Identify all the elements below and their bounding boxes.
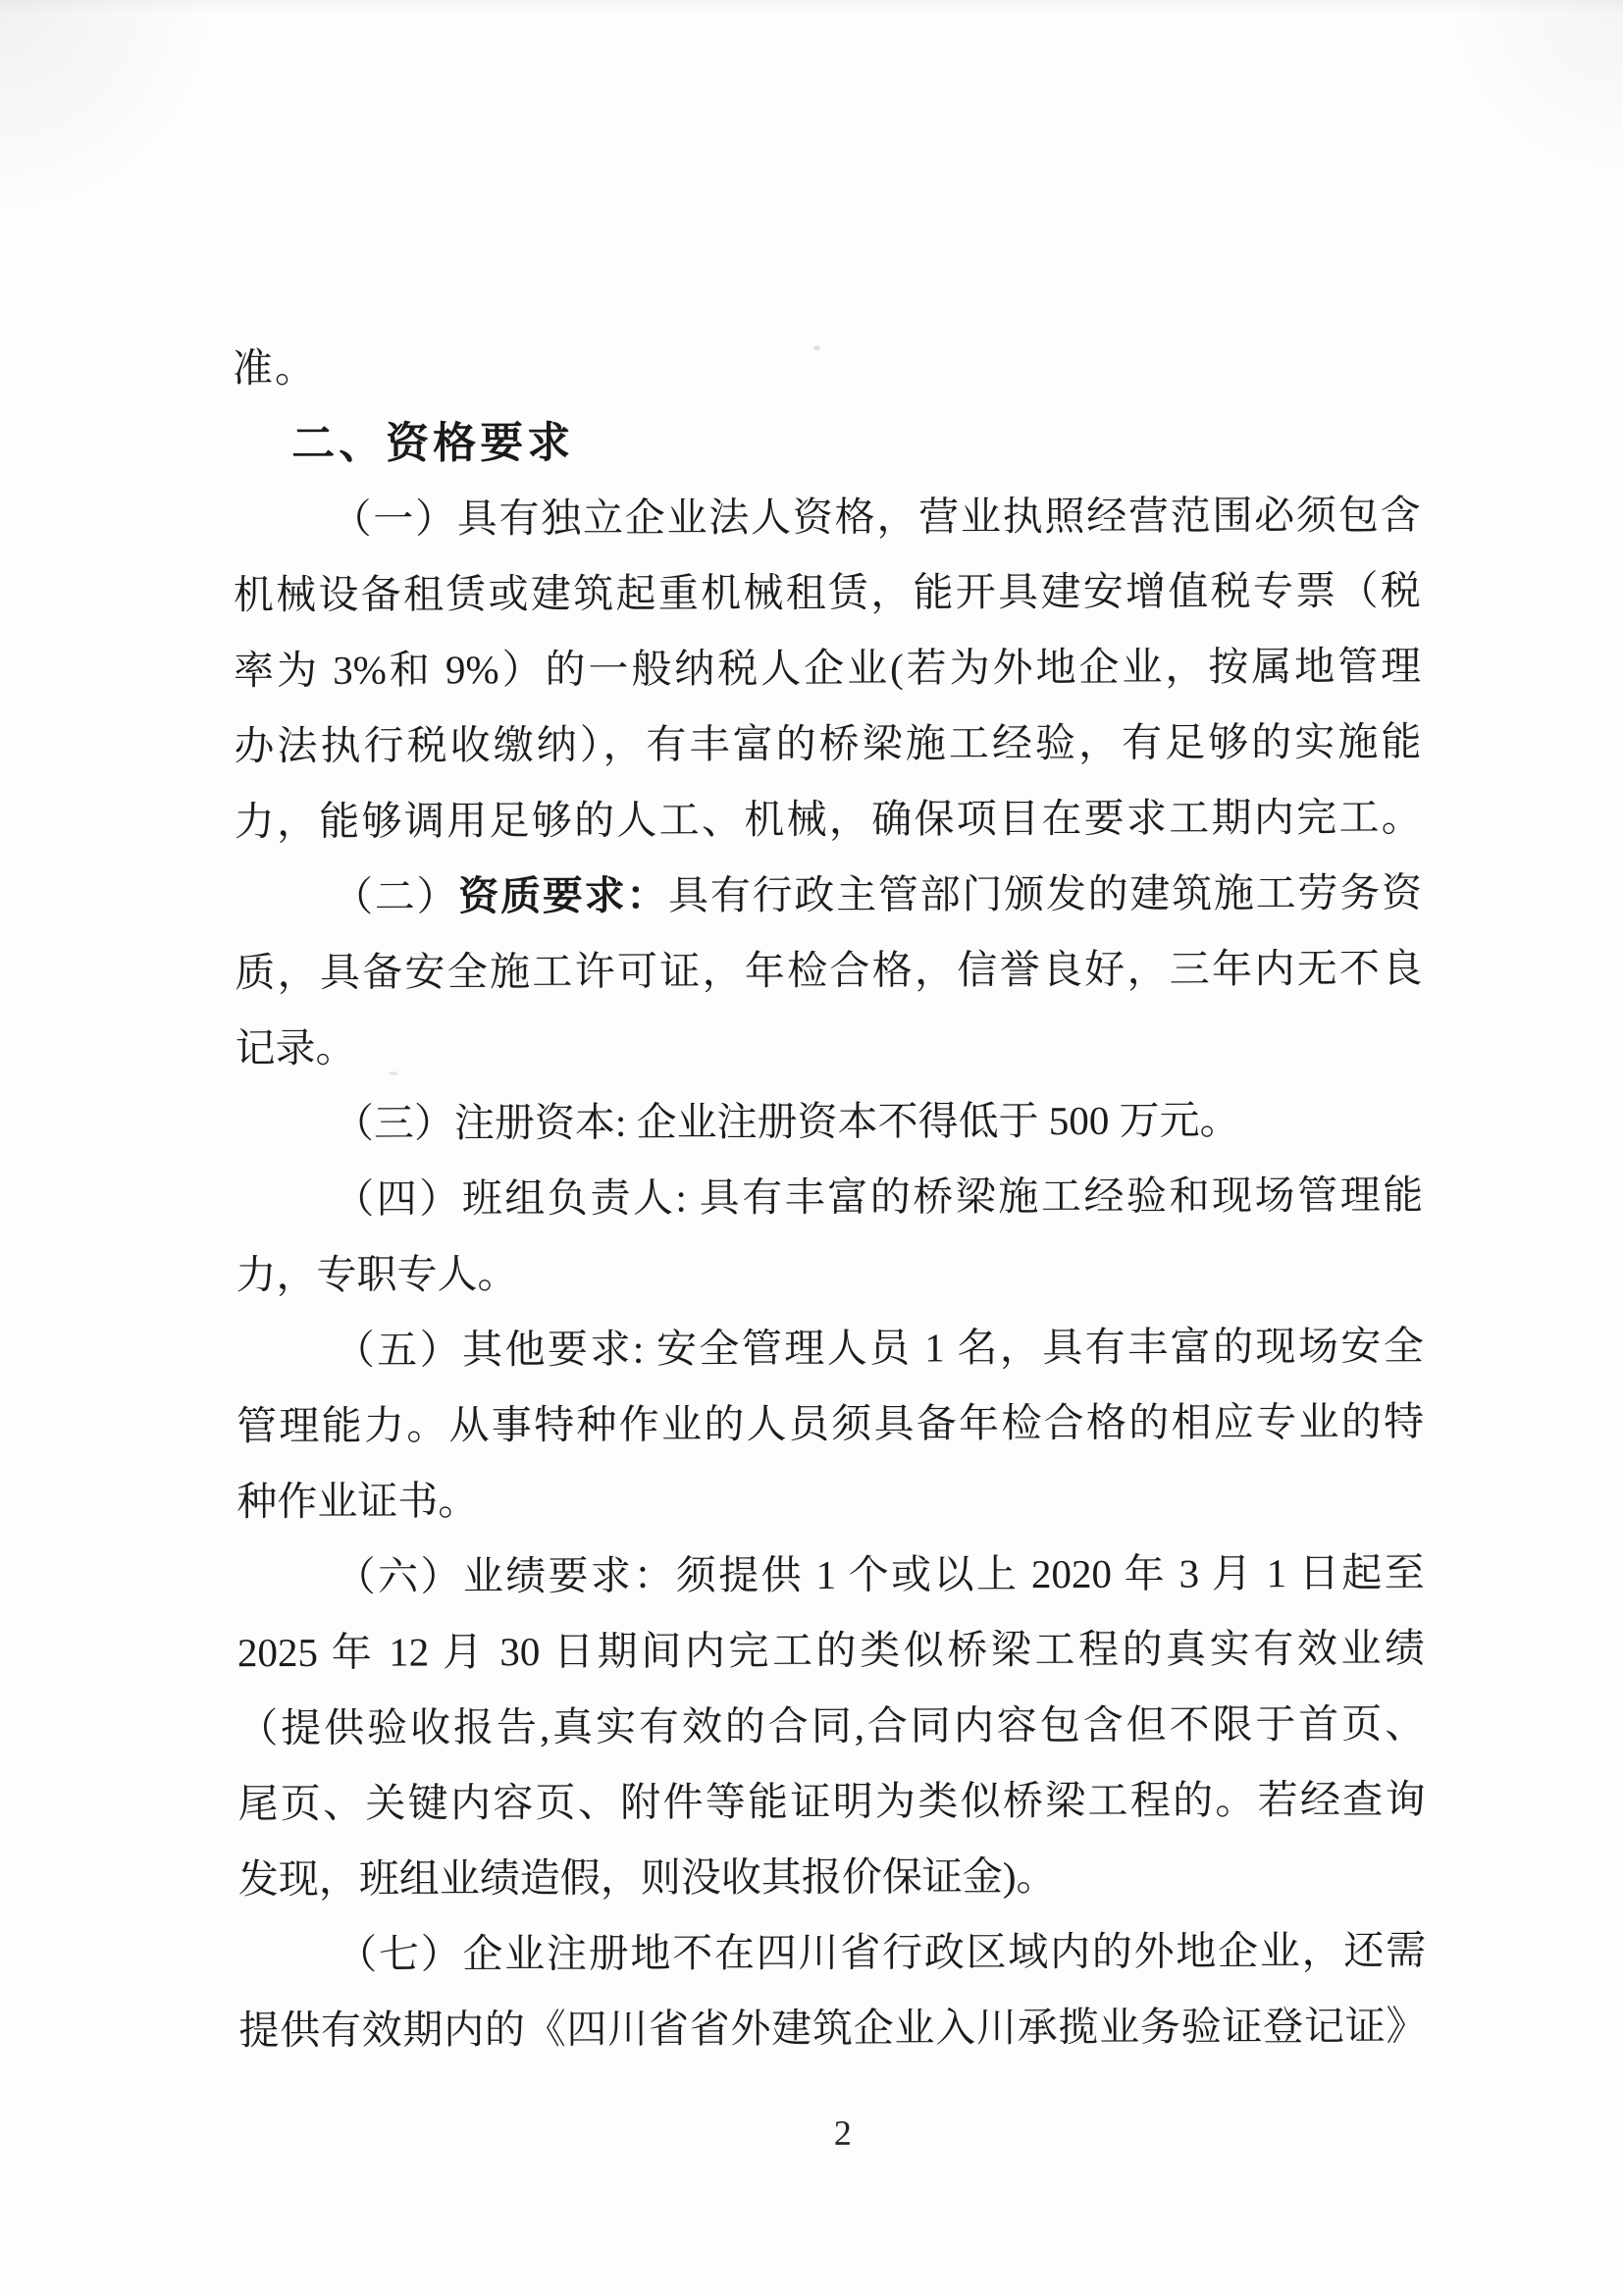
section-heading: 二、资格要求 [233,402,1420,483]
document-body: 准。 二、资格要求 （一）具有独立企业法人资格，营业执照经营范围必须包含 机械设… [233,327,1427,2069]
clause-4-line-2: 力，专职专人。 [236,1233,1423,1314]
clause-6-line-1: （六）业绩要求：须提供 1 个或以上 2020 年 3 月 1 日起至 [237,1536,1425,1616]
clause-2-number: （二） [333,873,458,918]
scanned-document-page: 准。 二、资格要求 （一）具有独立企业法人资格，营业执照经营范围必须包含 机械设… [0,0,1623,2296]
clause-2-text: 具有行政主管部门颁发的建筑施工劳务资 [668,870,1422,918]
clause-5-line-2: 管理能力。从事特种作业的人员须具备年检合格的相应专业的特 [236,1384,1424,1465]
clause-7-line-2: 提供有效期内的《四川省省外建筑企业入川承揽业务验证登记证》 [238,1989,1426,2069]
clause-5-line-3: 种作业证书。 [236,1460,1424,1540]
clause-2-line-3: 记录。 [235,1007,1422,1087]
carryover-sentence-fragment: 准。 [233,327,1420,407]
clause-1-line-1: （一）具有独立企业法人资格，营业执照经营范围必须包含 [233,478,1420,558]
clause-2-label-bold: 资质要求： [458,873,668,919]
clause-1-line-5: 力，能够调用足够的人工、机械，确保项目在要求工期内完工。 [235,780,1422,861]
clause-1-line-4: 办法执行税收缴纳），有丰富的桥梁施工经验，有足够的实施能 [234,704,1421,785]
clause-4-line-1: （四）班组负责人: 具有丰富的桥梁施工经验和现场管理能 [236,1158,1423,1238]
clause-2-line-1: （二）资质要求：具有行政主管部门颁发的建筑施工劳务资 [235,856,1422,936]
clause-1-line-2: 机械设备租赁或建筑起重机械租赁，能开具建安增值税专票（税 [234,553,1421,634]
clause-7-line-1: （七）企业注册地不在四川省行政区域内的外地企业，还需 [238,1913,1426,1994]
clause-6-line-5: 发现，班组业绩造假，则没收其报价保证金)。 [238,1838,1426,1918]
clause-3-line-1: （三）注册资本: 企业注册资本不得低于 500 万元。 [236,1082,1423,1163]
clause-6-line-4: 尾页、关键内容页、附件等能证明为类似桥梁工程的。若经查询 [237,1762,1425,1843]
clause-6-line-3: （提供验收报告,真实有效的合同,合同内容包含但不限于首页、 [237,1687,1425,1767]
page-number: 2 [834,2112,852,2155]
scan-content-wrapper: 准。 二、资格要求 （一）具有独立企业法人资格，营业执照经营范围必须包含 机械设… [0,0,1623,2296]
clause-1-line-3: 率为 3%和 9%）的一般纳税人企业(若为外地企业，按属地管理 [234,629,1421,709]
clause-5-line-1: （五）其他要求: 安全管理人员 1 名，具有丰富的现场安全 [236,1309,1424,1389]
clause-6-line-2: 2025 年 12 月 30 日期间内完工的类似桥梁工程的真实有效业绩 [237,1611,1425,1692]
clause-2-line-2: 质，具备安全施工许可证，年检合格，信誉良好，三年内无不良 [235,931,1422,1012]
